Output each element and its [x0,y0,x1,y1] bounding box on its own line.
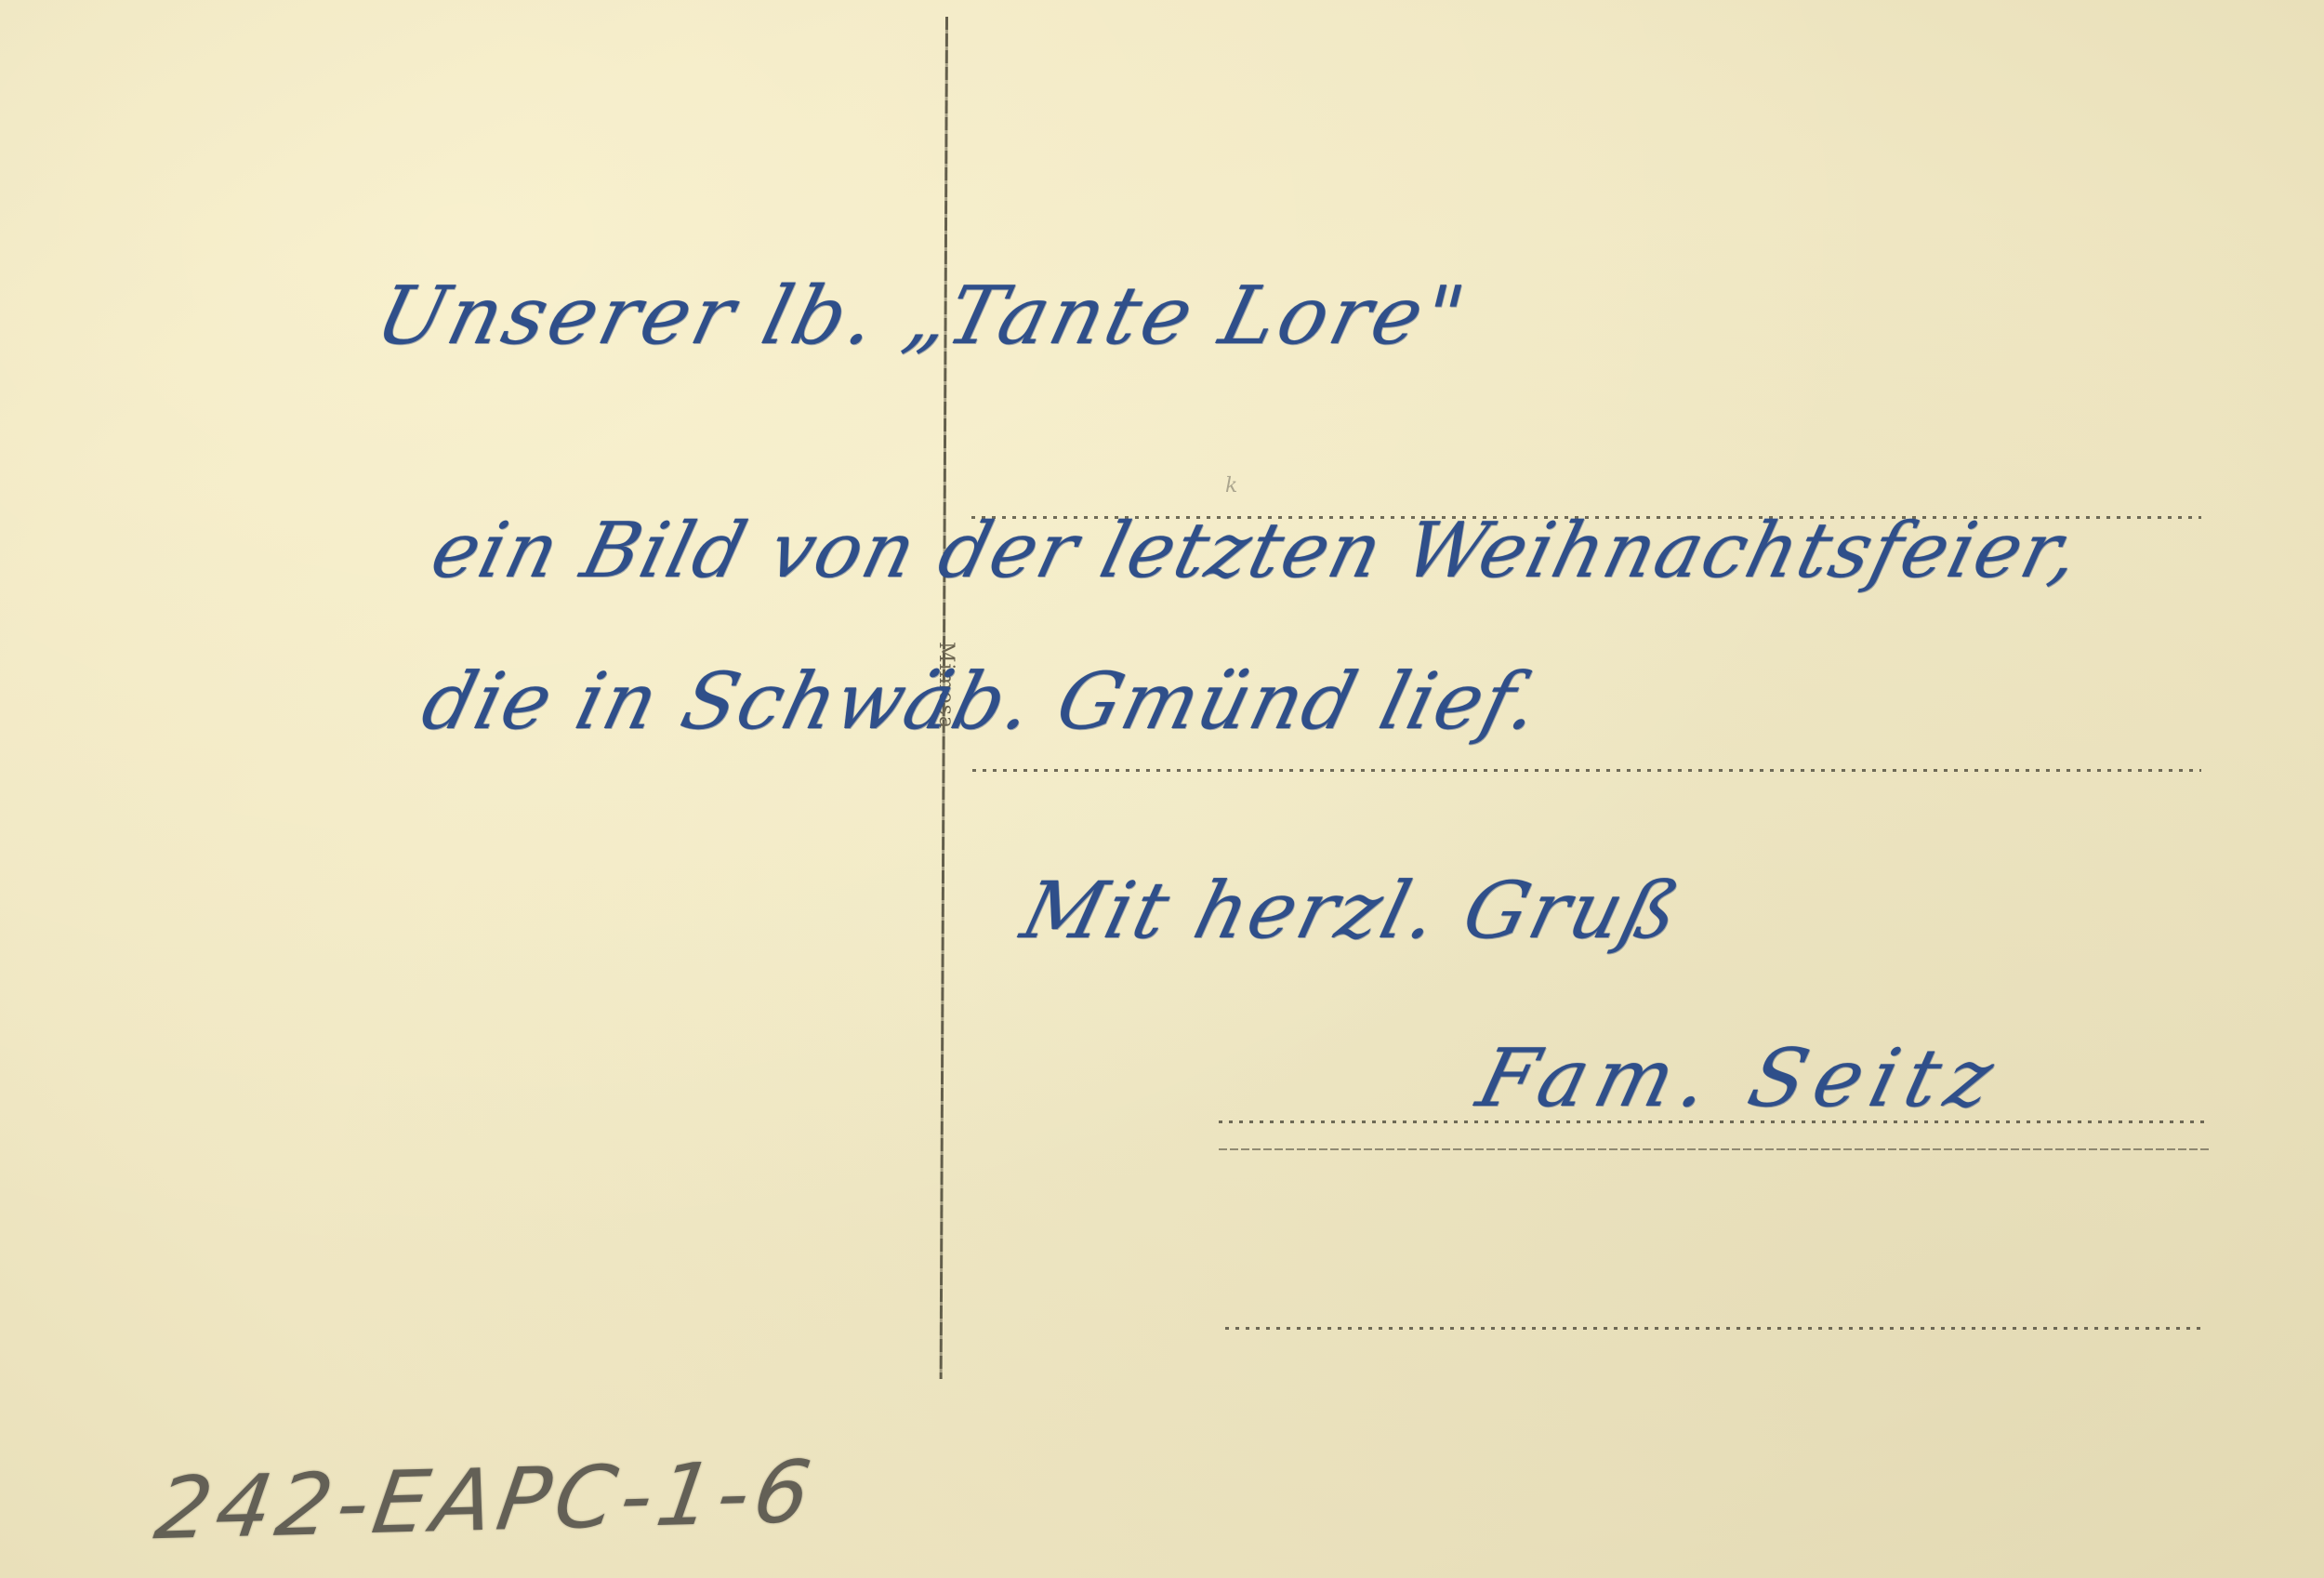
signature: Fam. Seitz [1469,1032,2011,1125]
address-line-3-underline [1219,1148,2209,1150]
address-line-4 [1225,1327,2205,1330]
archive-number: 242-EAPC-1-6 [149,1442,822,1558]
postcard-paper [0,0,2324,1578]
pencil-mark: k [1225,474,1237,497]
message-line-2: ein Bild von der letzten Weihnachtsfeier… [423,507,2090,595]
address-line-2 [972,769,2201,772]
message-line-3: die in Schwäb. Gmünd lief. [414,656,1551,747]
message-line-1: Unserer lb. „Tante Lore" [367,270,1477,363]
closing-greeting: Mit herzl. Gruß [1013,865,1691,956]
